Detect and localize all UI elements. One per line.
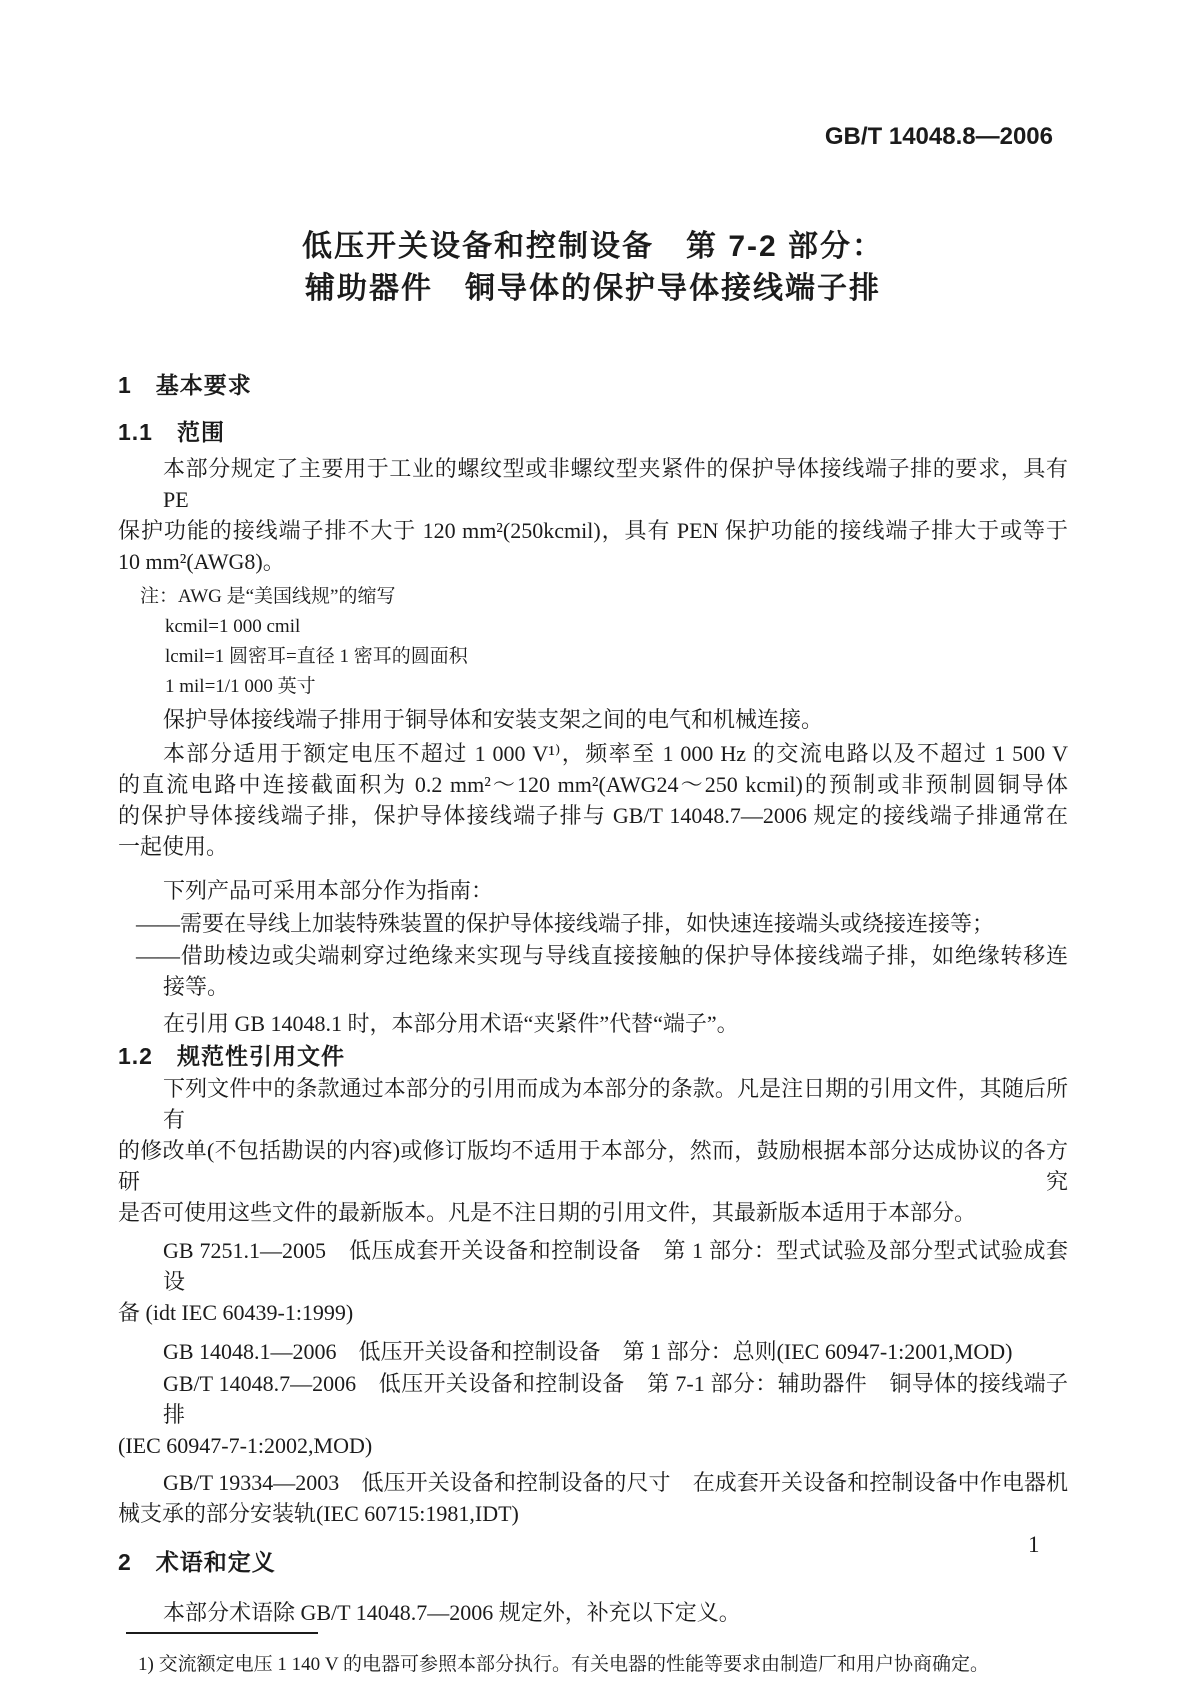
section-heading-2: 2 术语和定义: [118, 1546, 1068, 1578]
reference-entry-1: GB 7251.1—2005 低压成套开关设备和控制设备 第 1 部分：型式试验…: [118, 1235, 1068, 1328]
paragraph-scope-1: 本部分规定了主要用于工业的螺纹型或非螺纹型夹紧件的保护导体接线端子排的要求，具有…: [118, 453, 1068, 577]
section-heading-1: 1 基本要求: [118, 369, 1068, 401]
paragraph-line: 本部分规定了主要用于工业的螺纹型或非螺纹型夹紧件的保护导体接线端子排的要求，具有…: [118, 453, 1068, 515]
note-label: 注：AWG 是“美国线规”的缩写: [118, 582, 1068, 612]
paragraph-line: 的修改单(不包括勘误的内容)或修订版均不适用于本部分，然而，鼓励根据本部分达成协…: [118, 1135, 1068, 1197]
section-heading-1-2: 1.2 规范性引用文件: [118, 1040, 1068, 1072]
doc-title: 低压开关设备和控制设备 第 7-2 部分： 辅助器件 铜导体的保护导体接线端子排: [118, 226, 1068, 310]
doc-number: GB/T 14048.8—2006: [118, 122, 1068, 152]
paragraph-line: 10 mm²(AWG8)。: [118, 546, 1068, 577]
paragraph-scope-5: 在引用 GB 14048.1 时，本部分用术语“夹紧件”代替“端子”。: [118, 1008, 1068, 1039]
document-page: GB/T 14048.8—2006 低压开关设备和控制设备 第 7-2 部分： …: [0, 0, 1191, 1684]
paragraph-line: 本部分术语除 GB/T 14048.7—2006 规定外，补充以下定义。: [118, 1597, 1068, 1628]
section-heading-1-1: 1.1 范围: [118, 416, 1068, 448]
doc-title-line2: 辅助器件 铜导体的保护导体接线端子排: [118, 268, 1068, 310]
paragraph-line: 在引用 GB 14048.1 时，本部分用术语“夹紧件”代替“端子”。: [118, 1008, 1068, 1039]
paragraph-line: 的直流电路中连接截面积为 0.2 mm²～120 mm²(AWG24～250 k…: [118, 769, 1068, 800]
reference-entry-line: GB 7251.1—2005 低压成套开关设备和控制设备 第 1 部分：型式试验…: [118, 1235, 1068, 1297]
reference-entry-4: GB/T 19334—2003 低压开关设备和控制设备的尺寸 在成套开关设备和控…: [118, 1467, 1068, 1529]
paragraph-line: 一起使用。: [118, 831, 1068, 862]
reference-entry-line: 备 (idt IEC 60439-1:1999): [118, 1297, 1068, 1328]
dash-list-line: 接等。: [118, 971, 1068, 1002]
dash-list-line: ——借助棱边或尖端刺穿过绝缘来实现与导线直接接触的保护导体接线端子排，如绝缘转移…: [118, 940, 1068, 971]
paragraph-refs-intro: 下列文件中的条款通过本部分的引用而成为本部分的条款。凡是注日期的引用文件，其随后…: [118, 1073, 1068, 1228]
paragraph-line: 是否可使用这些文件的最新版本。凡是不注日期的引用文件，其最新版本适用于本部分。: [118, 1197, 1068, 1228]
paragraph-line: 保护导体接线端子排用于铜导体和安装支架之间的电气和机械连接。: [118, 704, 1068, 735]
reference-entry-line: GB 14048.1—2006 低压开关设备和控制设备 第 1 部分：总则(IE…: [118, 1336, 1068, 1367]
reference-entry-line: GB/T 14048.7—2006 低压开关设备和控制设备 第 7-1 部分：辅…: [118, 1368, 1068, 1430]
paragraph-terms-intro: 本部分术语除 GB/T 14048.7—2006 规定外，补充以下定义。: [118, 1597, 1068, 1628]
paragraph-line: 下列产品可采用本部分作为指南：: [118, 875, 1068, 906]
reference-entry-3: GB/T 14048.7—2006 低压开关设备和控制设备 第 7-1 部分：辅…: [118, 1368, 1068, 1461]
note-block: 注：AWG 是“美国线规”的缩写 kcmil=1 000 cmil lcmil=…: [118, 582, 1068, 702]
paragraph-scope-2: 保护导体接线端子排用于铜导体和安装支架之间的电气和机械连接。: [118, 704, 1068, 735]
page-content: GB/T 14048.8—2006 低压开关设备和控制设备 第 7-2 部分： …: [118, 0, 1068, 1679]
doc-title-line1: 低压开关设备和控制设备 第 7-2 部分：: [118, 226, 1068, 268]
reference-entry-line: 械支承的部分安装轨(IEC 60715:1981,IDT): [118, 1498, 1068, 1529]
note-item: lcmil=1 圆密耳=直径 1 密耳的圆面积: [118, 642, 1068, 672]
reference-entry-line: GB/T 19334—2003 低压开关设备和控制设备的尺寸 在成套开关设备和控…: [118, 1467, 1068, 1498]
footnote-text: 1) 交流额定电压 1 140 V 的电器可参照本部分执行。有关电器的性能等要求…: [118, 1651, 1068, 1679]
dash-list-line: ——需要在导线上加装特殊装置的保护导体接线端子排，如快速连接端头或绕接连接等；: [118, 908, 1068, 939]
note-item: 1 mil=1/1 000 英寸: [118, 672, 1068, 702]
paragraph-line: 本部分适用于额定电压不超过 1 000 V¹⁾，频率至 1 000 Hz 的交流…: [118, 738, 1068, 769]
dash-list-item-2: ——借助棱边或尖端刺穿过绝缘来实现与导线直接接触的保护导体接线端子排，如绝缘转移…: [118, 940, 1068, 1002]
dash-list-item-1: ——需要在导线上加装特殊装置的保护导体接线端子排，如快速连接端头或绕接连接等；: [118, 908, 1068, 939]
reference-entry-line: (IEC 60947-7-1:2002,MOD): [118, 1430, 1068, 1461]
note-item: kcmil=1 000 cmil: [118, 612, 1068, 642]
reference-entry-2: GB 14048.1—2006 低压开关设备和控制设备 第 1 部分：总则(IE…: [118, 1336, 1068, 1367]
paragraph-scope-3: 本部分适用于额定电压不超过 1 000 V¹⁾，频率至 1 000 Hz 的交流…: [118, 738, 1068, 862]
paragraph-line: 的保护导体接线端子排，保护导体接线端子排与 GB/T 14048.7—2006 …: [118, 800, 1068, 831]
paragraph-line: 下列文件中的条款通过本部分的引用而成为本部分的条款。凡是注日期的引用文件，其随后…: [118, 1073, 1068, 1135]
page-number: 1: [1028, 1531, 1040, 1559]
footnote-rule: [126, 1632, 318, 1634]
paragraph-scope-4: 下列产品可采用本部分作为指南：: [118, 875, 1068, 906]
paragraph-line: 保护功能的接线端子排不大于 120 mm²(250kcmil)，具有 PEN 保…: [118, 515, 1068, 546]
